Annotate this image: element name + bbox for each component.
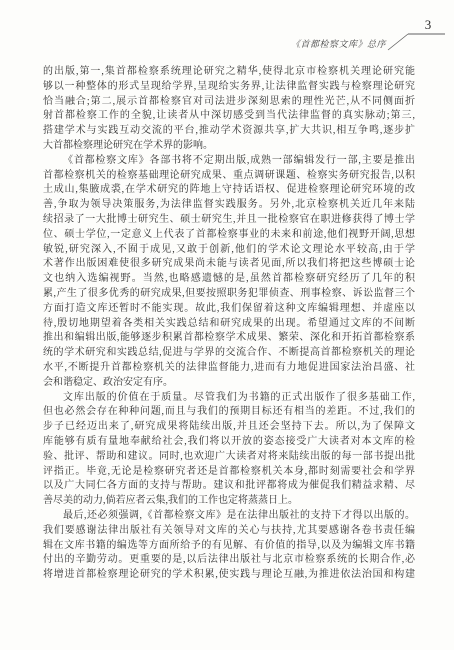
text-line: 善,争取为领导决策服务,为法律监督实践服务。另外,北京检察机关近几年来陆 [43, 198, 415, 213]
text-line: 善尽美的动力,倘若应者云集,我们的工作也定将蒸蒸日上。 [43, 494, 415, 509]
text-line: 敏锐,研究深入,不囿于成见,又敢于创新,他们的学术论文理论水平较高,由于学 [43, 243, 415, 258]
text-line: 统的学术研究和实践总结,促进与学界的交流合作、不断提高首都检察机关的理论 [43, 346, 415, 361]
text-line: 的出版,第一,集首都检察系统理论研究之精华,使得北京市检察机关理论研究能 [43, 65, 415, 80]
text-line: 会和谐稳定、政治安定有序。 [43, 376, 415, 391]
text-line: 术著作出版困难使很多研究成果尚未能与读者见面,所以我们将把这些博硕士论 [43, 257, 415, 272]
text-line: 首都检察机关的检察基础理论研究成果、重点调研课题、检察实务研究报告,以积 [43, 169, 415, 184]
text-line: 累,产生了很多优秀的研究成果,但要按照职务犯罪侦查、刑事检察、诉讼监督三个 [43, 287, 415, 302]
text-line: 水平,不断提升首都检察机关的法律监督能力,进而有力地促进国家法治昌盛、社 [43, 361, 415, 376]
text-line: 库能够有质有量地奉献给社会,我们将以开放的姿态接受广大读者对本文库的检 [43, 435, 415, 450]
text-line: 够以一种整体的形式呈现给学界,呈现给实务界,让法律监督实践与检察理论研究 [43, 80, 415, 95]
text-line: 待,殷切地期望着各类相关实践总结和研究成果的出现。希望通过文库的不间断 [43, 317, 415, 332]
text-line: 《首都检察文库》各部书将不定期出版,成熟一部编辑发行一部,主要是推出 [43, 154, 415, 169]
text-line: 但也必然会存在种种问题,而且与我们的预期目标还有相当的差距。不过,我们的 [43, 405, 415, 420]
text-line: 步子已经迈出来了,研究成果将陆续出版,并且还会坚持下去。所以,为了保障文 [43, 420, 415, 435]
text-line: 方面打造文库还暂时不能实现。故此,我们保留着这种文库编辑理想、并虚座以 [43, 302, 415, 317]
text-line: 土成山,集腋成裘,在学术研究的阵地上守持话语权、促进检察理论研究环境的改 [43, 183, 415, 198]
text-line: 以及广大同仁各方面的支持与帮助。建议和批评都将成为催促我们精益求精、尽 [43, 479, 415, 494]
page-number: 3 [410, 17, 446, 33]
text-line: 验、批评、帮助和建议。同时,也欢迎广大读者对将来陆续出版的每一部书提出批 [43, 450, 415, 465]
text-line: 评指正。毕竟,无论是检察研究者还是首都检察机关本身,都时刻需要社会和学界 [43, 465, 415, 480]
text-line: 搭建学术与实践互动交流的平台,推动学术资源共享,扩大共识,相互争鸣,逐步扩 [43, 124, 415, 139]
text-line: 将增进首都检察理论研究的学术积累,使实践与理论互融,为推进依法治国和构建 [43, 568, 415, 583]
text-line: 大首都检察理论研究在学术界的影响。 [43, 139, 415, 154]
body-text: 的出版,第一,集首都检察系统理论研究之精华,使得北京市检察机关理论研究能够以一种… [43, 65, 415, 583]
text-line: 文也纳入选编视野。当然,也略感遗憾的是,虽然首都检察研究经历了几年的积 [43, 272, 415, 287]
text-line: 文库出版的价值在于质量。尽管我们为书籍的正式出版作了很多基础工作, [43, 391, 415, 406]
text-line: 续招录了一大批博士研究生、硕士研究生,并且一批检察官在职进修获得了博士学 [43, 213, 415, 228]
text-line: 推出和编辑出版,能够逐步积累首都检察学术成果、繁荣、深化和开拓首都检察系 [43, 331, 415, 346]
text-line: 位、硕士学位,一定意义上代表了首都检察事业的未来和前途,他们视野开阔,思想 [43, 228, 415, 243]
text-line: 射首都检察工作的全貌,让读者从中深切感受到当代法律监督的真实脉动;第三, [43, 109, 415, 124]
text-line: 辑在文库书籍的编选等方面所给予的有见解、有价值的指导,以及为编辑文库书籍 [43, 539, 415, 554]
text-line: 我们要感谢法律出版社有关领导对文库的关心与扶持,尤其要感谢各卷书责任编 [43, 524, 415, 539]
running-title: 《首都检察文库》总序 [291, 37, 386, 50]
text-line: 恰当融合;第二,展示首都检察官对司法进步深刻思索的理性光芒,从不同侧面折 [43, 95, 415, 110]
text-line: 最后,还必须强调,《首都检察文库》是在法律出版社的支持下才得以出版的。 [43, 509, 415, 524]
book-page: 《首都检察文库》总序 3 的出版,第一,集首都检察系统理论研究之精华,使得北京市… [0, 0, 454, 650]
text-line: 付出的辛勤劳动。更重要的是,以后法律出版社与北京市检察系统的长期合作,必 [43, 553, 415, 568]
